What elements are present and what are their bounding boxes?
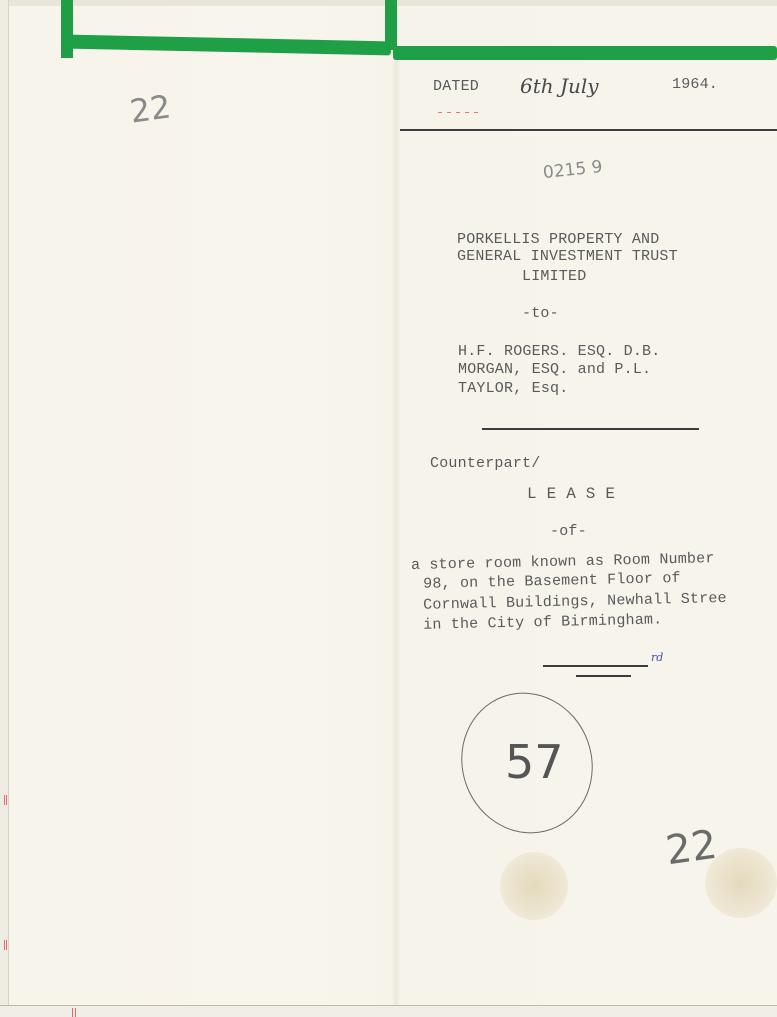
pencil-reference-number: 0215 9 [542, 157, 603, 183]
red-margin-dash [438, 112, 478, 113]
margin-tick [6, 795, 7, 805]
circled-number: 57 [505, 735, 564, 789]
document-page: 22 DATED 6th July 1964. 0215 9 PORKELLIS… [0, 0, 777, 1017]
header-rule [400, 129, 777, 131]
premises-line-4: in the City of Birmingham. [414, 611, 663, 634]
premises-line-3: Cornwall Buildings, Newhall Stree [414, 590, 727, 614]
margin-tick [72, 1008, 73, 1017]
margin-tick [4, 940, 5, 950]
dated-day-handwritten: 6th July [520, 74, 599, 98]
bottom-paper-edge [0, 1005, 777, 1017]
lease-title: L E A S E [527, 485, 615, 503]
margin-tick [6, 940, 7, 950]
ribbon-left-horizontal [66, 35, 391, 56]
closing-rule-long [543, 665, 648, 667]
fold-crease [392, 50, 400, 1010]
premises-line-2: 98, on the Basement Floor of [414, 570, 681, 593]
lessor-line-1: PORKELLIS PROPERTY AND [457, 231, 659, 248]
ribbon-left-vertical [61, 0, 73, 58]
parties-rule [482, 428, 699, 430]
dated-year: 1964. [672, 76, 718, 93]
to-connector: -to- [522, 305, 559, 322]
left-paper-edge [0, 0, 9, 1017]
counterpart-label: Counterpart/ [430, 455, 540, 472]
lessee-line-2: MORGAN, ESQ. and P.L. [458, 361, 651, 378]
pencil-page-number-top: 22 [128, 87, 174, 130]
ribbon-right-horizontal [393, 46, 777, 60]
margin-tick [4, 795, 5, 805]
closing-rule-short [576, 675, 631, 677]
lessee-line-1: H.F. ROGERS. ESQ. D.B. [458, 343, 660, 360]
pencil-page-number-bottom: 22 [663, 822, 720, 875]
lessor-line-3: LIMITED [522, 268, 586, 285]
margin-tick [75, 1008, 76, 1017]
lessee-line-3: TAYLOR, Esq. [458, 380, 568, 397]
stain-left [500, 852, 568, 920]
closing-rule-annotation: rd [651, 651, 663, 664]
of-label: -of- [550, 523, 587, 540]
lessor-line-2: GENERAL INVESTMENT TRUST [457, 248, 678, 265]
dated-label: DATED [433, 78, 479, 95]
